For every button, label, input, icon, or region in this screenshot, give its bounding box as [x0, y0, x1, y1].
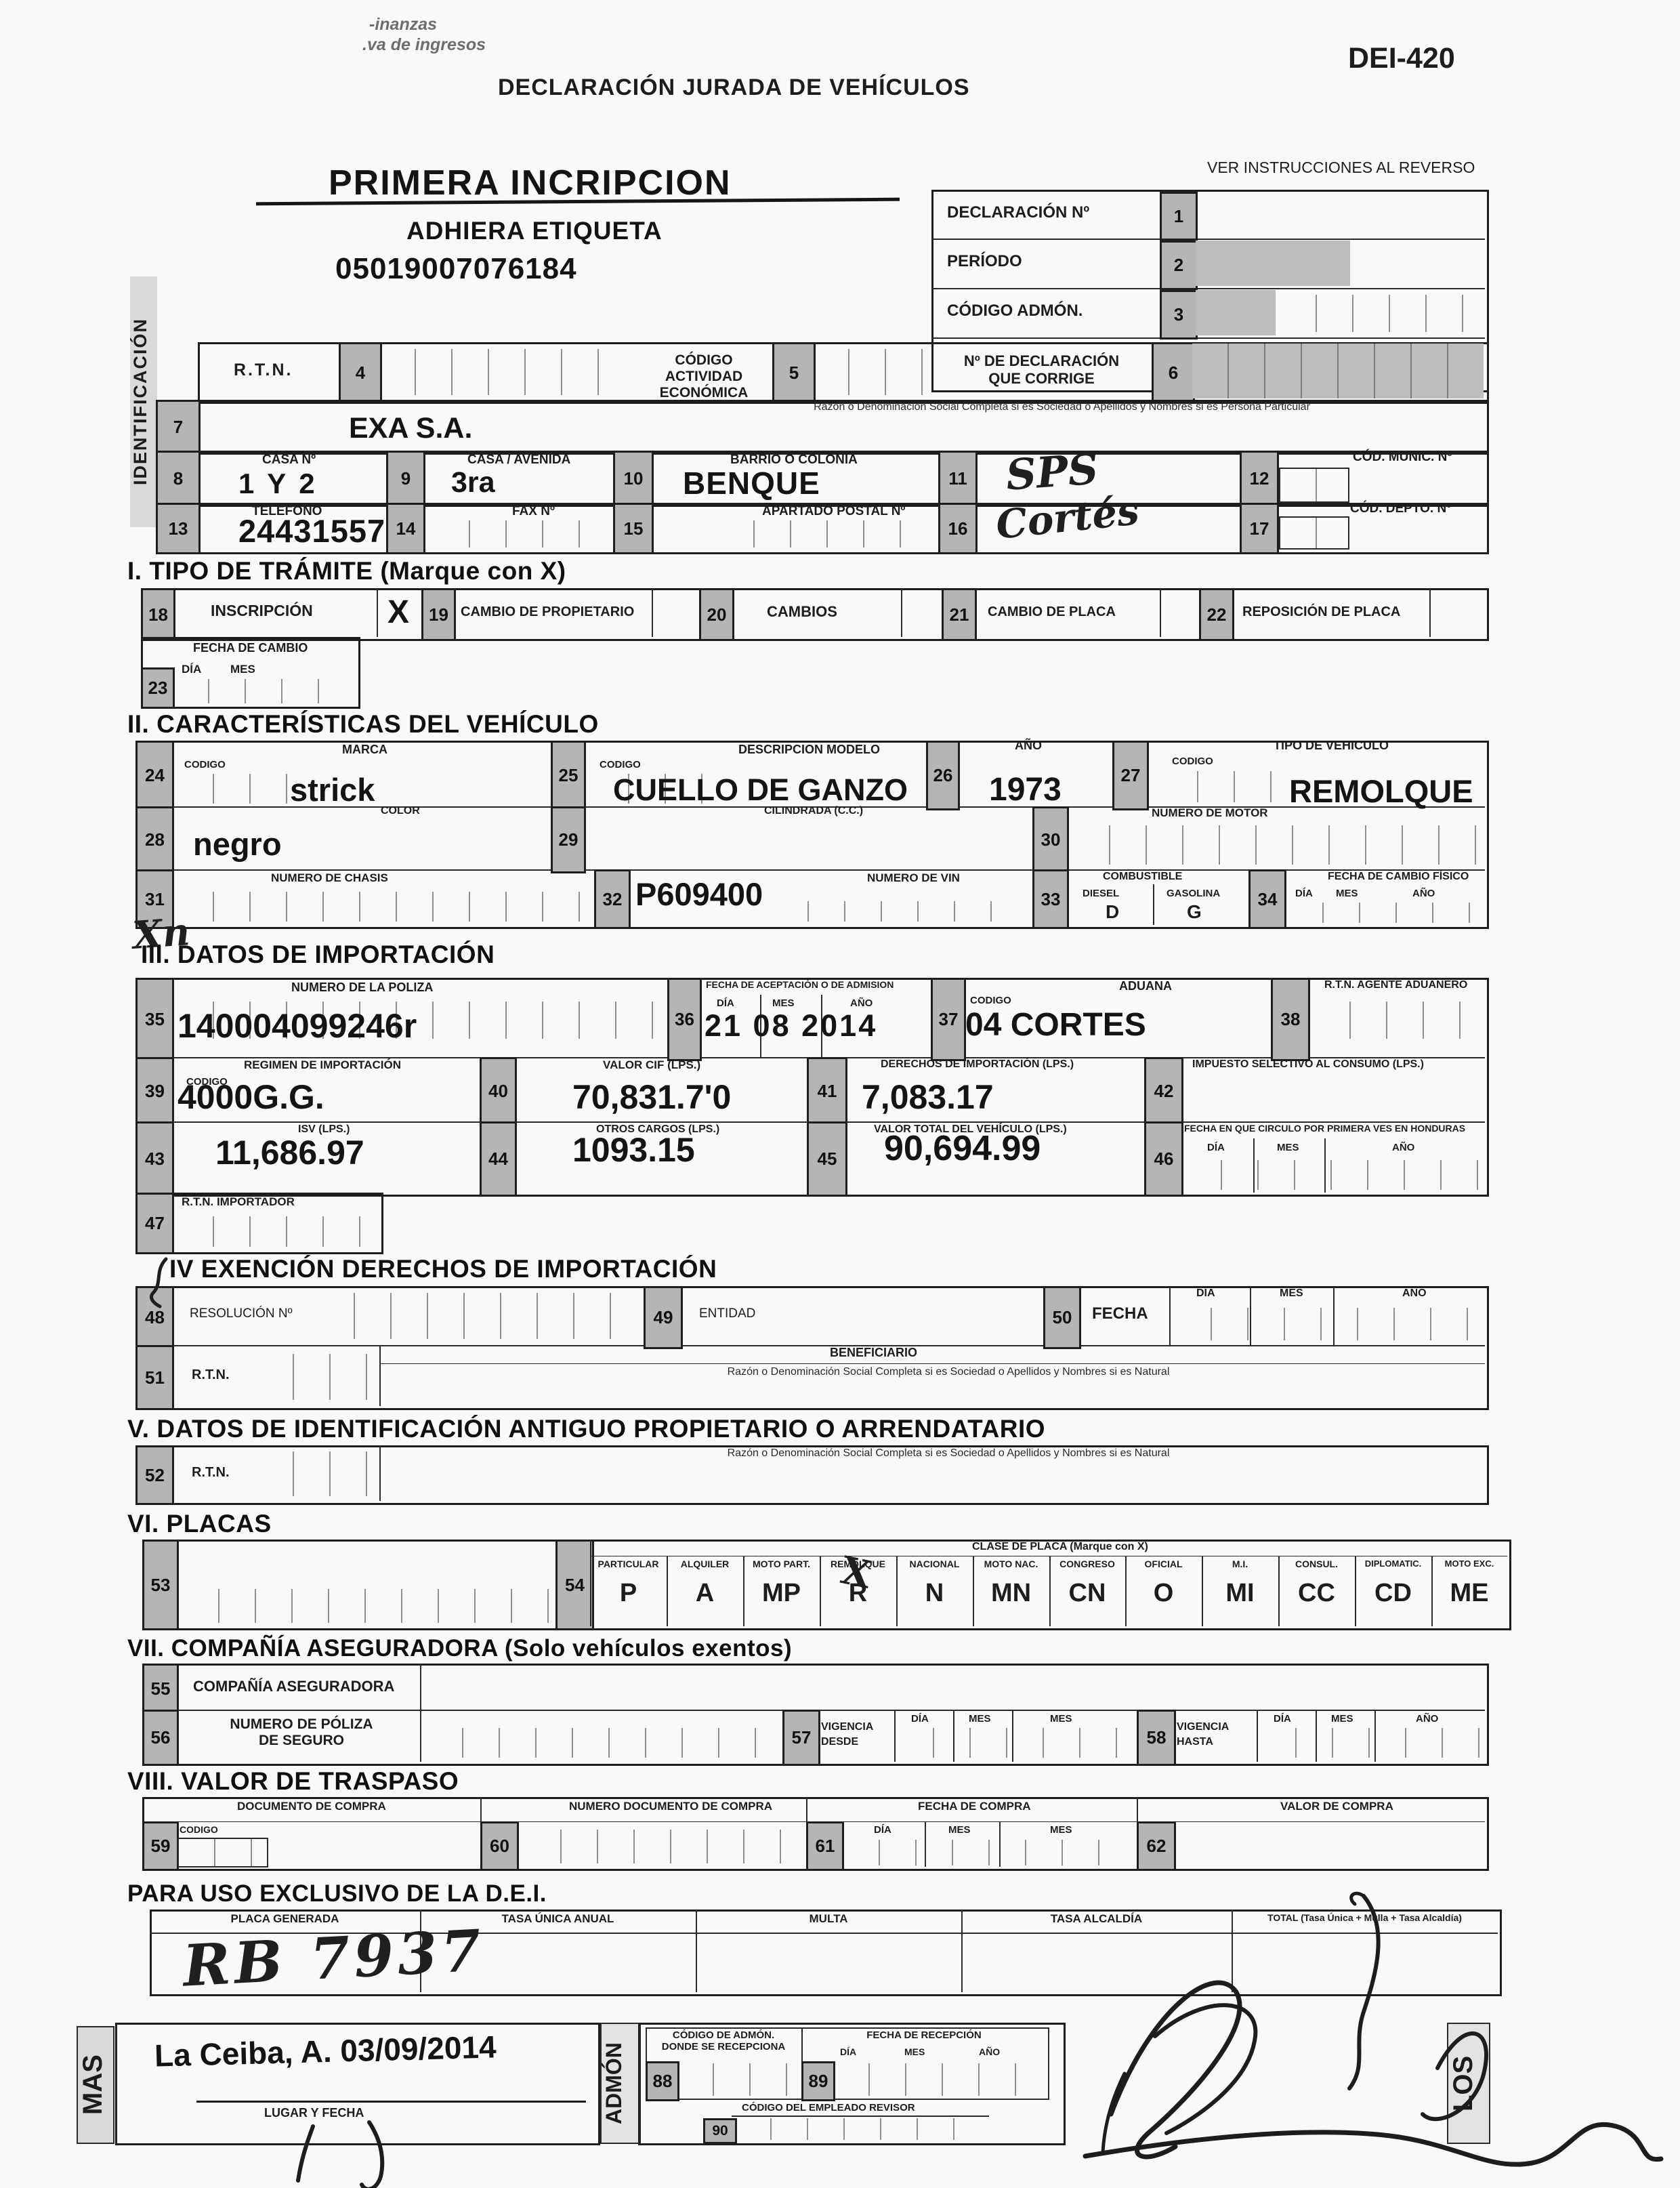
- field-32-box: 32: [594, 869, 631, 929]
- clase-col-code: A: [667, 1579, 743, 1608]
- sec2-title: II. CARACTERÍSTICAS DEL VEHÍCULO: [127, 710, 599, 739]
- signature-tail: [1085, 2124, 1661, 2164]
- gasolina-label: GASOLINA: [1167, 888, 1220, 899]
- lugar-fecha-label: LUGAR Y FECHA: [264, 2106, 364, 2120]
- cilindrada-label: CILINDRADA (C.C.): [764, 805, 863, 817]
- agente-label: R.T.N. AGENTE ADUANERO: [1324, 979, 1467, 991]
- field-58-box: 58: [1137, 1710, 1176, 1766]
- anio-label: AÑO: [1015, 739, 1042, 753]
- field-2-box: 2: [1160, 241, 1198, 290]
- clase-col-label: MOTO NAC.: [973, 1559, 1049, 1569]
- fecha-fisico-ticks: [1287, 903, 1480, 923]
- circulo-ano: AÑO: [1392, 1142, 1414, 1153]
- multa-label: MULTA: [696, 1912, 961, 1926]
- field-1-box: 1: [1160, 192, 1198, 241]
- derechos-label: DERECHOS DE IMPORTACIÓN (LPS.): [881, 1058, 1074, 1071]
- clase-col-label: CONGRESO: [1049, 1559, 1125, 1569]
- munic-label: CÓD. MUNIC. Nº: [1353, 450, 1452, 465]
- field-5-box: 5: [772, 342, 816, 404]
- field-90-ticks: [735, 2118, 989, 2140]
- revisor-label: CÓDIGO DEL EMPLEADO REVISOR: [742, 2102, 915, 2113]
- reposicion-placa-label: REPOSICIÓN DE PLACA: [1242, 604, 1400, 620]
- aduana-value: 04 CORTES: [965, 1006, 1146, 1044]
- rtn-ticks: [379, 349, 625, 395]
- field-11-box: 11: [938, 451, 978, 507]
- dei-title: PARA USO EXCLUSIVO DE LA D.E.I.: [127, 1880, 547, 1907]
- field-22-box: 22: [1199, 588, 1234, 641]
- identificacion-side-label: IDENTIFICACIÓN: [130, 276, 157, 527]
- marca-codigo-ticks: [177, 774, 299, 804]
- inscripcion-x-mark: X: [387, 594, 409, 631]
- clase-col-code: MI: [1202, 1579, 1278, 1608]
- fecha-cambio-mes: MES: [230, 663, 255, 676]
- field-89-box: 89: [801, 2061, 835, 2101]
- aceptacion-label: FECHA DE ACEPTACIÓN O DE ADMISION: [706, 979, 894, 990]
- stamp-adhiera-etiqueta: ADHIERA ETIQUETA: [406, 217, 663, 245]
- field-21-box: 21: [942, 588, 977, 641]
- chasis-ticks: [177, 892, 587, 922]
- field-35-box: 35: [135, 978, 174, 1061]
- fax-label: FAX Nº: [512, 504, 555, 519]
- clase-col-code: ME: [1431, 1579, 1507, 1608]
- field-13-box: 13: [156, 503, 201, 554]
- depto-label: CÓD. DEPTO. Nº: [1350, 501, 1451, 516]
- field-33-box: 33: [1032, 869, 1069, 929]
- field-40-box: 40: [480, 1057, 517, 1126]
- clase-col-label: ALQUILER: [667, 1559, 743, 1569]
- field-45-box: 45: [807, 1121, 847, 1197]
- poliza-seguro-ticks: [427, 1728, 782, 1758]
- fecha-cambio-dia: DÍA: [182, 663, 201, 676]
- field-52-box: 52: [135, 1445, 174, 1505]
- aceptacion-ano: AÑO: [850, 997, 873, 1009]
- field-59-box: 59: [142, 1821, 179, 1871]
- clase-col-code: CN: [1049, 1579, 1125, 1608]
- field-61-box: 61: [806, 1821, 844, 1871]
- field-9-box: 9: [386, 451, 425, 507]
- clase-col-label: DIPLOMATIC.: [1355, 1559, 1431, 1569]
- avenida-value: 3ra: [451, 466, 495, 499]
- desde-mes2: MES: [1050, 1713, 1072, 1725]
- stamp-etiqueta-number: 05019007076184: [335, 252, 577, 286]
- clase-col-code: N: [896, 1579, 973, 1608]
- field-20-box: 20: [699, 588, 734, 641]
- exencion-dia: DÍA: [1196, 1287, 1215, 1300]
- field-18-box: 18: [141, 588, 175, 641]
- regimen-value: 4000G.G.: [177, 1077, 324, 1117]
- agente-ticks: [1314, 1002, 1477, 1039]
- clase-col-code: CD: [1355, 1579, 1431, 1608]
- poliza-label: NUMERO DE LA POLIZA: [291, 981, 433, 995]
- antiguo-rtn-label: R.T.N.: [192, 1465, 230, 1481]
- sec6-title: VI. PLACAS: [127, 1510, 272, 1538]
- tipo-vehiculo-label: TIPO DE VEHICULO: [1274, 739, 1389, 753]
- desde-ticks: [898, 1728, 1135, 1758]
- vin-value: P609400: [635, 875, 763, 913]
- field-38-box: 38: [1271, 978, 1310, 1061]
- field-12-box: 12: [1240, 451, 1279, 507]
- field-8-box: 8: [156, 451, 201, 507]
- sec4-title: IV EXENCIÓN DERECHOS DE IMPORTACIÓN: [169, 1255, 717, 1283]
- beneficiario-caption: Razón o Denominación Social Completa si …: [474, 1366, 1423, 1378]
- documento-codigo-label: CODIGO: [180, 1824, 218, 1835]
- declaracion-n-label: DECLARACIÓN Nº: [947, 203, 1089, 222]
- chasis-label: NUMERO DE CHASIS: [271, 871, 388, 885]
- poliza-seguro-label: NUMERO DE PÓLIZADE SEGURO: [190, 1716, 413, 1749]
- field-39-box: 39: [135, 1057, 174, 1126]
- corrige-ticks: [1192, 344, 1484, 398]
- desde-mes: MES: [969, 1713, 991, 1725]
- compra-mes2: MES: [1050, 1824, 1072, 1836]
- anio-value: 1973: [989, 771, 1062, 808]
- numero-doc-label: NUMERO DOCUMENTO DE COMPRA: [569, 1800, 772, 1813]
- fax-ticks: [434, 520, 610, 548]
- color-value: negro: [193, 825, 282, 863]
- field-57-box: 57: [782, 1710, 820, 1766]
- signature-loop: [1155, 2005, 1255, 2133]
- codigo-admon-label: CÓDIGO ADMÓN.: [947, 302, 1083, 321]
- aceptacion-dia: DÍA: [717, 997, 734, 1009]
- fecha-fisico-dia: DÍA: [1295, 888, 1313, 899]
- hasta-mes: MES: [1331, 1713, 1353, 1725]
- fecha-compra-label: FECHA DE COMPRA: [918, 1800, 1031, 1813]
- scanned-form-dei-420: -inanzas .va de ingresos DECLARACIÓN JUR…: [0, 0, 1680, 2188]
- signature-stroke-3: [1103, 2073, 1125, 2152]
- fecha-cambio-ticks: [173, 679, 354, 703]
- aseguradora-label: COMPAÑÍA ASEGURADORA: [193, 1678, 394, 1695]
- vigencia-hasta-label: VIGENCIA: [1177, 1721, 1229, 1733]
- color-label: COLOR: [381, 805, 420, 817]
- dei-total-label: TOTAL (Tasa Única + Mulla + Tasa Alcaldí…: [1232, 1912, 1498, 1923]
- field-46-box: 46: [1144, 1121, 1183, 1197]
- field-23-box: 23: [141, 667, 175, 709]
- hasta-ticks: [1260, 1728, 1480, 1758]
- aduana-label: ADUANA: [1119, 979, 1172, 993]
- field-62-box: 62: [1137, 1821, 1176, 1871]
- cambios-label: CAMBIOS: [767, 603, 837, 621]
- casa-label: CASA Nº: [262, 453, 316, 468]
- field-89-ticks: [833, 2063, 1045, 2096]
- cif-label: VALOR CIF (LPS.): [603, 1058, 700, 1072]
- field-90-box: 90: [703, 2118, 737, 2144]
- antiguo-caption: Razón o Denominación Social Completa si …: [474, 1447, 1423, 1460]
- cif-value: 70,831.7'0: [572, 1077, 731, 1117]
- marca-label: MARCA: [342, 743, 387, 757]
- fecha-fisico-mes: MES: [1336, 888, 1358, 899]
- avenida-label: CASA / AVENIDA: [467, 453, 570, 468]
- barrio-value: BENQUE: [683, 465, 820, 501]
- field-30-box: 30: [1032, 806, 1069, 873]
- entidad-label: ENTIDAD: [699, 1306, 755, 1321]
- field-47-box: 47: [135, 1193, 174, 1254]
- exencion-fecha-ticks: [1175, 1308, 1477, 1340]
- exencion-ano: AÑO: [1402, 1287, 1427, 1300]
- stamp-primera-inscripcion: PRIMERA INCRIPCION: [329, 163, 732, 203]
- regimen-label: REGIMEN DE IMPORTACIÓN: [244, 1058, 401, 1072]
- documento-codigo-box: [177, 1838, 268, 1867]
- tipo-value: REMOLQUE: [1289, 772, 1473, 810]
- sec1-title: I. TIPO DE TRÁMITE (Marque con X): [127, 557, 566, 585]
- field-41-box: 41: [807, 1057, 847, 1126]
- field-10-box: 10: [613, 451, 654, 507]
- vin-label: NUMERO DE VIN: [867, 871, 960, 885]
- field-6-box: 6: [1152, 342, 1195, 404]
- tipo-codigo-ticks: [1162, 771, 1280, 802]
- valor-compra-label: VALOR DE COMPRA: [1280, 1800, 1393, 1813]
- field-48-box: 48: [135, 1286, 174, 1349]
- field-56-box: 56: [142, 1710, 179, 1766]
- clase-col-label: OFICIAL: [1125, 1559, 1202, 1569]
- codigo-admon-ticks: [1280, 295, 1480, 332]
- aceptacion-mes: MES: [772, 997, 795, 1009]
- field-60-box: 60: [480, 1821, 519, 1871]
- field-88-box: 88: [646, 2061, 679, 2101]
- field-34-box: 34: [1248, 869, 1286, 929]
- clase-col-label: PARTICULAR: [590, 1559, 667, 1569]
- actividad-ticks: [813, 349, 925, 395]
- sec7-title: VII. COMPAÑÍA ASEGURADORA (Solo vehículo…: [127, 1635, 792, 1662]
- otros-value: 1093.15: [572, 1130, 695, 1170]
- form-code: DEI-420: [1348, 42, 1455, 75]
- sec5-title: V. DATOS DE IDENTIFICACIÓN ANTIGUO PROPI…: [127, 1415, 1045, 1443]
- fecha-compra-ticks: [843, 1840, 1135, 1865]
- vigencia-desde-label: VIGENCIA: [821, 1721, 873, 1733]
- rtn-label: R.T.N.: [234, 360, 293, 380]
- desde-dia: DÍA: [911, 1713, 929, 1725]
- beneficiario-header: BENEFICIARIO: [830, 1346, 917, 1360]
- actividad-label: CÓDIGO ACTIVIDADECONÓMICA: [637, 352, 771, 401]
- field-27-box: 27: [1112, 741, 1149, 810]
- nombre-value: EXA S.A.: [349, 412, 472, 445]
- sellos-strip-label: LOS: [1447, 2023, 1490, 2144]
- clase-col-code: MN: [973, 1579, 1049, 1608]
- importador-label: R.T.N. IMPORTADOR: [182, 1195, 295, 1209]
- clase-col-code: O: [1125, 1579, 1202, 1608]
- recepcion-ano: AÑO: [979, 2046, 1000, 2057]
- clase-col-code: P: [590, 1579, 667, 1608]
- field-29-box: 29: [551, 806, 586, 873]
- modelo-codigo-label: CODIGO: [600, 759, 641, 770]
- circulo-ticks: [1185, 1160, 1480, 1190]
- depto-code-box: [1279, 516, 1349, 550]
- periodo-label: PERÍODO: [947, 252, 1022, 271]
- fecha-cambio-label: FECHA DE CAMBIO: [193, 641, 308, 655]
- field-42-box: 42: [1144, 1057, 1183, 1126]
- dei-total-signature-hook: [1351, 1893, 1364, 1904]
- casa-value: 1 Y 2: [238, 468, 318, 500]
- gasolina-code: G: [1187, 901, 1202, 923]
- field-14-box: 14: [386, 503, 425, 554]
- field-50-box: 50: [1043, 1286, 1081, 1349]
- exencion-fecha-label: FECHA: [1092, 1304, 1148, 1323]
- vin-ticks: [772, 901, 1026, 922]
- resolucion-label: RESOLUCIÓN Nº: [190, 1306, 293, 1321]
- placa-number-ticks: [183, 1589, 549, 1623]
- field-7-box: 7: [156, 400, 201, 455]
- munic-code-box: [1279, 468, 1349, 503]
- documento-compra-label: DOCUMENTO DE COMPRA: [237, 1800, 386, 1813]
- admon-strip-label: ADMÓN: [600, 2023, 641, 2144]
- sec3-title: III. DATOS DE IMPORTACIÓN: [141, 941, 495, 969]
- periodo-shaded-area: [1196, 241, 1350, 286]
- vigencia-hasta-label2: HASTA: [1177, 1736, 1213, 1748]
- circulo-mes: MES: [1277, 1142, 1299, 1153]
- sec8-title: VIII. VALOR DE TRASPASO: [127, 1767, 459, 1796]
- cambio-propietario-label: CAMBIO DE PROPIETARIO: [461, 604, 634, 620]
- tasa-alcaldia-label: TASA ALCALDÍA: [961, 1912, 1232, 1926]
- field-19-box: 19: [421, 588, 456, 641]
- field-4-box: 4: [339, 342, 382, 404]
- aceptacion-value: 21 08 2014: [705, 1008, 877, 1044]
- signature-main: [1111, 1983, 1240, 2157]
- field-44-box: 44: [480, 1121, 517, 1197]
- combustible-label: COMBUSTIBLE: [1103, 871, 1182, 883]
- field-37-box: 37: [931, 978, 966, 1061]
- selectivo-label: IMPUESTO SELECTIVO AL CONSUMO (LPS.): [1192, 1058, 1424, 1071]
- field-88-ticks: [677, 2063, 799, 2096]
- field-15-box: 15: [613, 503, 654, 554]
- resolucion-ticks: [318, 1293, 637, 1339]
- field-24-box: 24: [135, 741, 174, 810]
- hasta-ano: AÑO: [1416, 1713, 1438, 1725]
- beneficiario-rtn-label: R.T.N.: [192, 1367, 230, 1383]
- clase-col-label: CONSUL.: [1278, 1559, 1355, 1569]
- aduana-codigo-label: CODIGO: [970, 995, 1011, 1006]
- field-53-box: 53: [142, 1540, 179, 1630]
- exencion-mes: MES: [1280, 1287, 1303, 1300]
- motor-ticks: [1074, 825, 1477, 865]
- field-43-box: 43: [135, 1121, 174, 1197]
- recepcion-label: FECHA DE RECEPCIÓN: [801, 2029, 1047, 2041]
- field-25-box: 25: [551, 741, 586, 810]
- apartado-ticks: [718, 520, 931, 548]
- letterhead-line1: -inanzas: [369, 15, 437, 35]
- circulo-dia: DÍA: [1207, 1142, 1225, 1153]
- compra-dia: DÍA: [874, 1824, 891, 1836]
- instructions-note: VER INSTRUCCIONES AL REVERSO: [1207, 159, 1475, 177]
- inscripcion-label: INSCRIPCIÓN: [211, 602, 313, 620]
- telefono-value: 24431557: [238, 512, 385, 550]
- fecha-fisico-ano: AÑO: [1412, 888, 1435, 899]
- firmas-strip-label: MAS: [77, 2026, 114, 2144]
- clase-placa-header: CLASE DE PLACA (Marque con X): [972, 1541, 1148, 1553]
- clase-col-code: CC: [1278, 1579, 1355, 1608]
- field-28-box: 28: [135, 806, 174, 873]
- field-55-box: 55: [142, 1664, 179, 1714]
- clase-col-label: M.I.: [1202, 1559, 1278, 1569]
- field-26-box: 26: [926, 741, 960, 810]
- field-16-box: 16: [938, 503, 978, 554]
- ciudad-handwritten: SPS: [1005, 444, 1100, 499]
- marca-codigo-label: CODIGO: [184, 759, 226, 770]
- field-49-box: 49: [644, 1286, 683, 1349]
- apartado-label: APARTADO POSTAL Nº: [762, 504, 905, 519]
- field-54-box: 54: [555, 1540, 594, 1630]
- poliza-value: 140004099246r: [177, 1006, 417, 1046]
- recepcion-dia: DÍA: [840, 2046, 856, 2057]
- total-vehiculo-value: 90,694.99: [884, 1128, 1041, 1169]
- motor-label: NUMERO DE MOTOR: [1152, 806, 1268, 820]
- field-3-box: 3: [1160, 290, 1198, 339]
- clase-col-label: MOTO EXC.: [1431, 1559, 1507, 1569]
- numero-doc-ticks: [525, 1830, 803, 1863]
- letterhead-line2: .va de ingresos: [362, 35, 486, 55]
- diesel-label: DIESEL: [1083, 888, 1119, 899]
- circulo-label: FECHA EN QUE CIRCULO POR PRIMERA VES EN …: [1184, 1123, 1465, 1134]
- field-51-box: 51: [135, 1345, 174, 1410]
- field-17-box: 17: [1240, 503, 1279, 554]
- modelo-label: DESCRIPCION MODELO: [738, 743, 880, 757]
- fecha-fisico-label: FECHA DE CAMBIO FÍSICO: [1328, 871, 1469, 883]
- antiguo-rtn-ticks: [257, 1451, 379, 1496]
- clase-col-code: MP: [743, 1579, 820, 1608]
- beneficiario-rtn-ticks: [257, 1354, 379, 1400]
- corrige-label: Nº DE DECLARACIÓNQUE CORRIGE: [935, 352, 1148, 388]
- clase-col-label: NACIONAL: [896, 1559, 973, 1569]
- modelo-value: CUELLO DE GANZO: [613, 772, 908, 808]
- hasta-dia: DÍA: [1274, 1713, 1291, 1725]
- vigencia-desde-label2: DESDE: [821, 1736, 858, 1748]
- compra-mes: MES: [948, 1824, 971, 1836]
- derechos-value: 7,083.17: [862, 1077, 994, 1117]
- admon-codigo-label: CÓDIGO DE ADMÓN.DONDE SE RECEPCIONA: [647, 2029, 800, 2052]
- codigo-admon-shaded-area: [1196, 290, 1276, 335]
- importador-ticks: [177, 1216, 373, 1247]
- clase-col-label: MOTO PART.: [743, 1559, 820, 1569]
- recepcion-mes: MES: [904, 2046, 925, 2057]
- cambio-placa-label: CAMBIO DE PLACA: [988, 604, 1116, 620]
- marca-value: strick: [290, 771, 375, 808]
- isv-value: 11,686.97: [215, 1133, 364, 1172]
- diesel-code: D: [1106, 901, 1119, 923]
- form-title: DECLARACIÓN JURADA DE VEHÍCULOS: [498, 75, 970, 101]
- tipo-codigo-label: CODIGO: [1172, 756, 1213, 767]
- field-36-box: 36: [667, 978, 702, 1061]
